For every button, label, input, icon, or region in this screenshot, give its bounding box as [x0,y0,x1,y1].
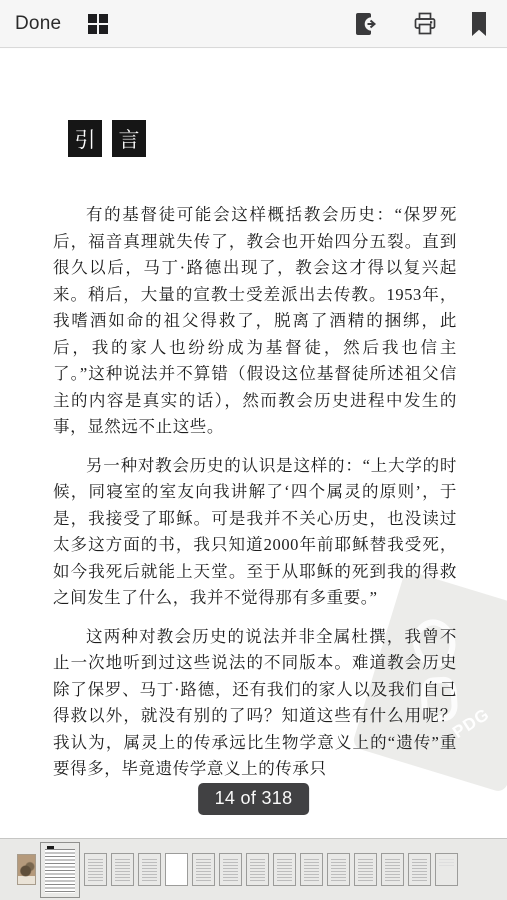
thumbnail-page[interactable] [111,853,134,886]
page-position-badge: 14 of 318 [198,783,310,815]
thumbnail-faint[interactable] [435,853,458,886]
body-paragraph: 这两种对教会历史的说法并非全属杜撰，我曾不止一次地听到过这些说法的不同版本。难道… [53,624,457,783]
toolbar-right-group [354,11,487,37]
bookmark-icon [471,11,487,37]
thumbnail-page[interactable] [192,853,215,886]
thumbnail-page[interactable] [273,853,296,886]
grid-icon [86,12,110,36]
title-char-block: 言 [112,120,146,157]
chapter-title: 引 言 [68,120,146,157]
export-button[interactable] [354,11,379,37]
thumbnail-blank[interactable] [165,853,188,886]
thumbnail-strip[interactable] [0,838,507,900]
title-char-block: 引 [68,120,102,157]
pdf-reader-window: Done [0,0,507,900]
top-toolbar: Done [0,0,507,48]
printer-icon [412,11,438,37]
thumbnail-page[interactable] [84,853,107,886]
thumbnail-page[interactable] [354,853,377,886]
thumbnails-grid-button[interactable] [86,12,110,36]
print-button[interactable] [412,11,438,37]
bookmark-button[interactable] [471,11,487,37]
thumbnail-selected[interactable] [40,842,80,898]
body-paragraph: 另一种对教会历史的认识是这样的：“上大学的时候，同寝室的室友向我讲解了‘四个属灵… [53,453,457,612]
done-button[interactable]: Done [15,13,61,35]
thumbnail-page[interactable] [381,853,404,886]
document-page[interactable]: PDG 引 言 有的基督徒可能会这样概括教会历史：“保罗死后，福音真理就失传了，… [0,49,507,838]
thumbnail-page[interactable] [219,853,242,886]
thumbnail-cover[interactable] [17,854,36,885]
thumbnail-page[interactable] [300,853,323,886]
page-body-text: 有的基督徒可能会这样概括教会历史：“保罗死后，福音真理就失传了，教会也开始四分五… [53,202,457,795]
thumbnail-page[interactable] [138,853,161,886]
thumbnail-page[interactable] [246,853,269,886]
thumbnail-page[interactable] [327,853,350,886]
export-icon [354,11,379,37]
thumbnail-page[interactable] [408,853,431,886]
body-paragraph: 有的基督徒可能会这样概括教会历史：“保罗死后，福音真理就失传了，教会也开始四分五… [53,202,457,441]
